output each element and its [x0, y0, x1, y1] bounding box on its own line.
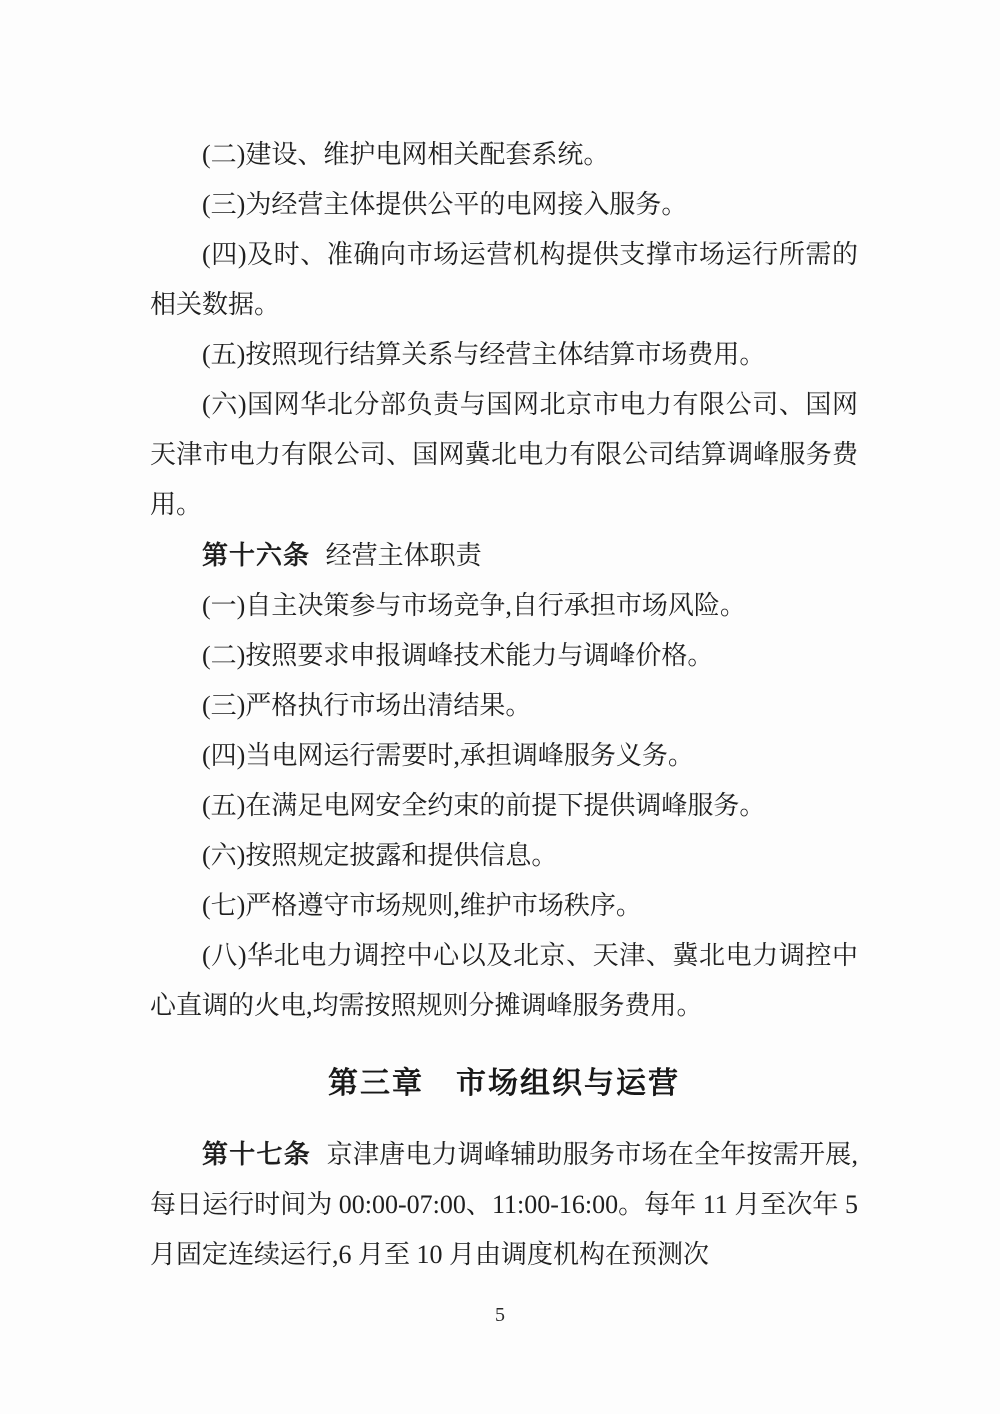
list-item: (七)严格遵守市场规则,维护市场秩序。	[150, 881, 858, 931]
list-item: (六)国网华北分部负责与国网北京市电力有限公司、国网天津市电力有限公司、国网冀北…	[150, 380, 858, 530]
list-item: (四)当电网运行需要时,承担调峰服务义务。	[150, 731, 858, 781]
chapter-heading: 第三章 市场组织与运营	[150, 1059, 858, 1109]
document-page: (二)建设、维护电网相关配套系统。 (三)为经营主体提供公平的电网接入服务。 (…	[0, 0, 1000, 1414]
article-heading: 第十六条经营主体职责	[150, 530, 858, 581]
list-item: (四)及时、准确向市场运营机构提供支撑市场运行所需的相关数据。	[150, 230, 858, 330]
list-item: (三)为经营主体提供公平的电网接入服务。	[150, 180, 858, 230]
document-body: (二)建设、维护电网相关配套系统。 (三)为经营主体提供公平的电网接入服务。 (…	[150, 130, 858, 1280]
article-number: 第十六条	[202, 540, 310, 570]
list-item: (八)华北电力调控中心以及北京、天津、冀北电力调控中心直调的火电,均需按照规则分…	[150, 931, 858, 1031]
page-number: 5	[0, 1300, 1000, 1330]
list-item: (五)按照现行结算关系与经营主体结算市场费用。	[150, 330, 858, 380]
list-item: (三)严格执行市场出清结果。	[150, 681, 858, 731]
article-title: 经营主体职责	[326, 541, 482, 570]
article-paragraph: 第十七条京津唐电力调峰辅助服务市场在全年按需开展,每日运行时间为 00:00-0…	[150, 1129, 858, 1280]
list-item: (六)按照规定披露和提供信息。	[150, 831, 858, 881]
article-number: 第十七条	[202, 1139, 311, 1169]
list-item: (一)自主决策参与市场竞争,自行承担市场风险。	[150, 581, 858, 631]
list-item: (五)在满足电网安全约束的前提下提供调峰服务。	[150, 781, 858, 831]
list-item: (二)建设、维护电网相关配套系统。	[150, 130, 858, 180]
list-item: (二)按照要求申报调峰技术能力与调峰价格。	[150, 631, 858, 681]
